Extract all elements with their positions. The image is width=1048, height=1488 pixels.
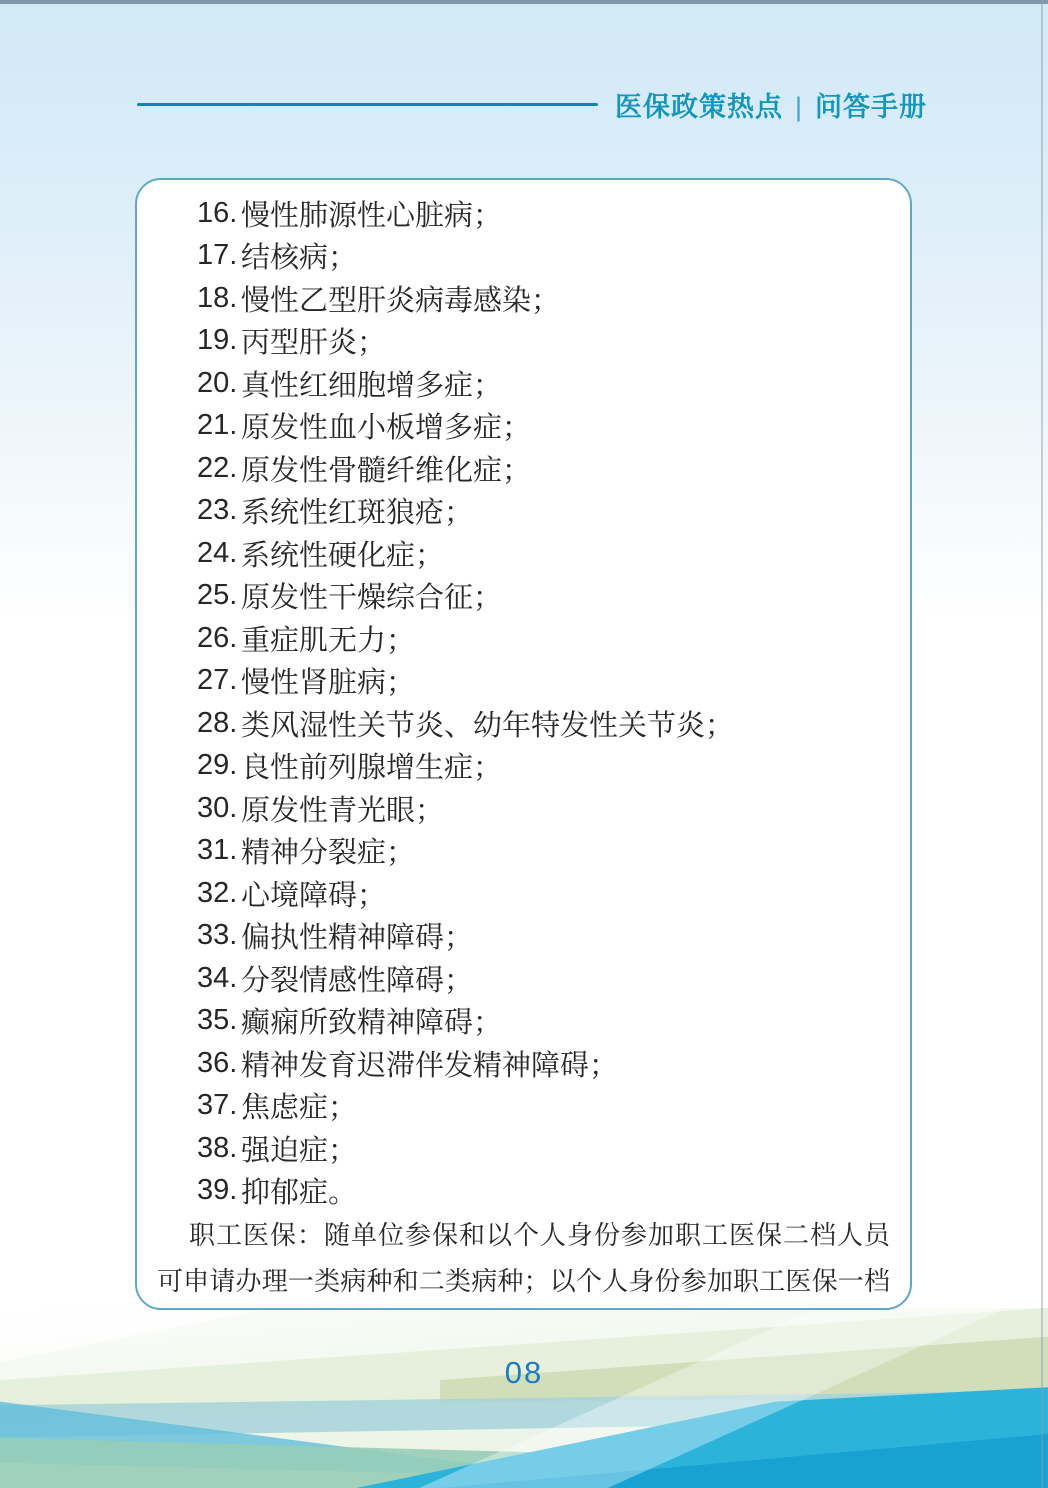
list-item-number: 31. [197, 834, 241, 867]
list-item: 19. 丙型肝炎； [137, 320, 910, 363]
list-item: 37. 焦虑症； [137, 1085, 910, 1128]
list-item: 30. 原发性青光眼； [137, 787, 910, 830]
list-item: 21. 原发性血小板增多症； [137, 405, 910, 448]
list-item-text: 焦虑症； [241, 1085, 357, 1126]
list-item-text: 慢性肺源性心脏病； [241, 193, 502, 234]
header-title-right: 问答手册 [815, 92, 927, 122]
list-item-number: 24. [197, 537, 241, 570]
list-item: 36. 精神发育迟滞伴发精神障碍； [137, 1042, 910, 1085]
list-item: 24. 系统性硬化症； [137, 532, 910, 575]
list-item-text: 心境障碍； [241, 873, 386, 914]
list-item: 16. 慢性肺源性心脏病； [137, 192, 910, 235]
list-item-number: 32. [197, 877, 241, 910]
list-item-number: 27. [197, 664, 241, 697]
header-rule-line [137, 103, 598, 106]
list-item-number: 17. [197, 239, 241, 272]
list-item-number: 20. [197, 367, 241, 400]
list-item: 32. 心境障碍； [137, 872, 910, 915]
list-item: 22. 原发性骨髓纤维化症； [137, 447, 910, 490]
list-item-text: 抑郁症。 [241, 1170, 357, 1211]
list-item-number: 21. [197, 409, 241, 442]
list-item-text: 原发性血小板增多症； [241, 405, 531, 446]
content-card: 16. 慢性肺源性心脏病； 17. 结核病； 18. 慢性乙型肝炎病毒感染； 1… [135, 178, 912, 1310]
page-number: 08 [0, 1355, 1048, 1391]
header-separator: | [783, 92, 815, 122]
list-item: 23. 系统性红斑狼疮； [137, 490, 910, 533]
list-item-text: 精神发育迟滞伴发精神障碍； [241, 1043, 618, 1084]
list-item-text: 系统性红斑狼疮； [241, 490, 473, 531]
list-item: 34. 分裂情感性障碍； [137, 957, 910, 1000]
paragraph-line-1: 职工医保：随单位参保和以个人身份参加职工医保二档人员 [137, 1212, 910, 1258]
list-item: 31. 精神分裂症； [137, 830, 910, 873]
list-item-text: 分裂情感性障碍； [241, 958, 473, 999]
list-item-number: 22. [197, 452, 241, 485]
list-item-text: 真性红细胞增多症； [241, 363, 502, 404]
list-item-number: 19. [197, 324, 241, 357]
header-title-left: 医保政策热点 [615, 92, 783, 122]
list-item: 17. 结核病； [137, 235, 910, 278]
list-item-text: 慢性乙型肝炎病毒感染； [241, 278, 560, 319]
list-item-number: 38. [197, 1132, 241, 1165]
page-header-title: 医保政策热点|问答手册 [615, 85, 927, 124]
list-item: 27. 慢性肾脏病； [137, 660, 910, 703]
footer-decoration: 08 [0, 1308, 1048, 1488]
booklet-page: 医保政策热点|问答手册 16. 慢性肺源性心脏病； 17. 结核病； 18. 慢… [0, 0, 1048, 1488]
list-item-number: 39. [197, 1174, 241, 1207]
top-edge-line [0, 0, 1048, 4]
paragraph-line-2: 可申请办理一类病种和二类病种；以个人身份参加职工医保一档 [137, 1258, 910, 1304]
list-item-text: 类风湿性关节炎、幼年特发性关节炎； [241, 703, 734, 744]
list-item-text: 重症肌无力； [241, 618, 415, 659]
list-item-number: 34. [197, 962, 241, 995]
list-item: 28. 类风湿性关节炎、幼年特发性关节炎； [137, 702, 910, 745]
list-item: 18. 慢性乙型肝炎病毒感染； [137, 277, 910, 320]
list-item-text: 慢性肾脏病； [241, 660, 415, 701]
disease-list: 16. 慢性肺源性心脏病； 17. 结核病； 18. 慢性乙型肝炎病毒感染； 1… [137, 192, 910, 1212]
list-item-number: 30. [197, 792, 241, 825]
list-item-text: 癫痫所致精神障碍； [241, 1000, 502, 1041]
list-item: 29. 良性前列腺增生症； [137, 745, 910, 788]
list-item-number: 18. [197, 282, 241, 315]
list-item: 35. 癫痫所致精神障碍； [137, 1000, 910, 1043]
list-item-text: 原发性青光眼； [241, 788, 444, 829]
list-item-number: 29. [197, 749, 241, 782]
list-item: 25. 原发性干燥综合征； [137, 575, 910, 618]
list-item-text: 结核病； [241, 235, 357, 276]
list-item-number: 16. [197, 197, 241, 230]
list-item-number: 26. [197, 622, 241, 655]
list-item-number: 23. [197, 494, 241, 527]
list-item-text: 原发性骨髓纤维化症； [241, 448, 531, 489]
list-item-number: 37. [197, 1089, 241, 1122]
list-item-text: 偏执性精神障碍； [241, 915, 473, 956]
list-item-number: 28. [197, 707, 241, 740]
list-item: 38. 强迫症； [137, 1127, 910, 1170]
list-item-text: 原发性干燥综合征； [241, 575, 502, 616]
list-item-number: 36. [197, 1047, 241, 1080]
list-item-text: 系统性硬化症； [241, 533, 444, 574]
list-item-text: 丙型肝炎； [241, 320, 386, 361]
list-item-text: 精神分裂症； [241, 830, 415, 871]
list-item-number: 33. [197, 919, 241, 952]
list-item: 33. 偏执性精神障碍； [137, 915, 910, 958]
list-item: 20. 真性红细胞增多症； [137, 362, 910, 405]
list-item: 39. 抑郁症。 [137, 1170, 910, 1213]
list-item-number: 25. [197, 579, 241, 612]
list-item-text: 良性前列腺增生症； [241, 745, 502, 786]
list-item-number: 35. [197, 1004, 241, 1037]
page-right-edge [1041, 0, 1043, 1488]
list-item-text: 强迫症； [241, 1128, 357, 1169]
list-item: 26. 重症肌无力； [137, 617, 910, 660]
